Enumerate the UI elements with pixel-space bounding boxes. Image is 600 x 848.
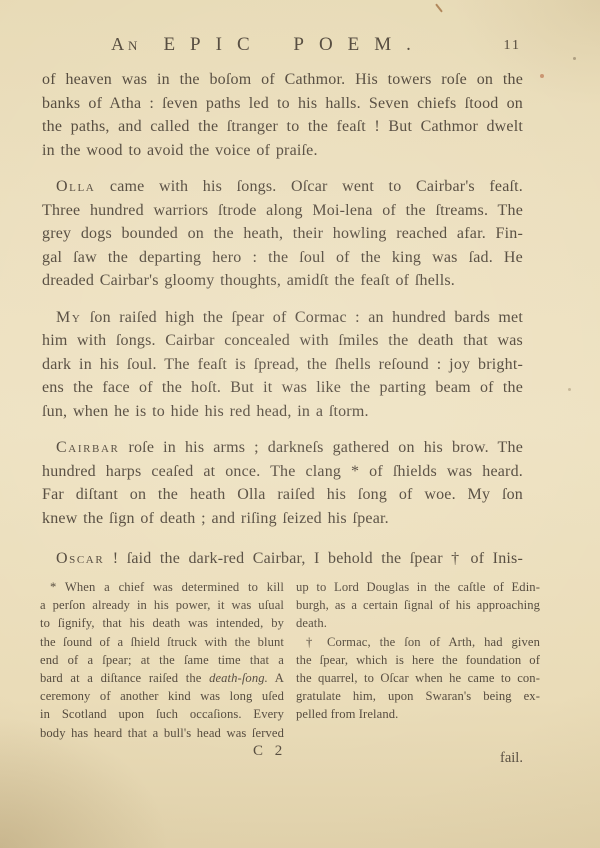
footnote-line-italic-term: death-ſong. bbox=[209, 671, 268, 685]
text-line: Olla came with his ſongs. Oſcar went to … bbox=[42, 175, 523, 199]
paragraph-cairbar: Cairbar roſe in his arms ; darkneſs gath… bbox=[42, 436, 523, 530]
text-line-rest: ſon raiſed high the ſpear of Cormac : an… bbox=[90, 309, 523, 326]
paper-speck bbox=[568, 388, 571, 391]
paragraph-olla: Olla came with his ſongs. Oſcar went to … bbox=[42, 175, 523, 293]
text-line-rest: ! ſaid the dark-red Cairbar, I behold th… bbox=[113, 550, 523, 567]
footnote-column-right: up to Lord Douglas in the caſtle of Edin… bbox=[296, 578, 540, 742]
text-line: Three hundred warriors ſtrode along Moi-… bbox=[42, 199, 523, 223]
text-line: grey dogs bounded on the heath, their ho… bbox=[42, 222, 523, 246]
signature-mark: C 2 bbox=[253, 743, 282, 760]
footnote-line: burgh, as a certain ſignal of his approa… bbox=[296, 596, 540, 614]
footnote-line: to ſignify, that his death was intended,… bbox=[40, 614, 284, 632]
running-head-title-group: An EPIC POEM. bbox=[28, 34, 509, 56]
paragraph-my-son: My ſon raiſed high the ſpear of Cormac :… bbox=[42, 306, 523, 424]
text-line: Far diſtant on the heath Olla raiſed his… bbox=[42, 483, 523, 507]
footnote-line: † Cormac, the ſon of Arth, had given bbox=[296, 633, 540, 651]
page-title: EPIC POEM. bbox=[163, 34, 425, 55]
footnote-line: the quarrel, to Oſcar when he came to co… bbox=[296, 669, 540, 687]
page-number: 11 bbox=[504, 38, 521, 54]
text-line: the paths, and called the ſtranger to th… bbox=[42, 115, 523, 139]
text-line: gal ſaw the departing hero : the ſoul of… bbox=[42, 246, 523, 270]
text-line: of heaven was in the boſom of Cathmor. H… bbox=[42, 68, 523, 92]
text-line: knew the ſign of death ; and riſing ſeiz… bbox=[42, 507, 523, 531]
text-line: dark in his ſoul. The feaſt is ſpread, t… bbox=[42, 353, 523, 377]
text-line: hundred harps ceaſed at once. The clang … bbox=[42, 460, 523, 484]
paragraph-lead-word: My bbox=[56, 309, 81, 326]
paper-speck bbox=[540, 74, 544, 78]
footnote-line: pelled from Ireland. bbox=[296, 705, 540, 723]
running-head: An EPIC POEM. 11 bbox=[42, 34, 523, 58]
footnote-line: in Scotland upon ſuch occaſions. Every bbox=[40, 705, 284, 723]
footnote-line: a perſon already in his power, it was uſ… bbox=[40, 596, 284, 614]
paper-speck bbox=[573, 57, 576, 60]
text-line: him with ſongs. Cairbar concealed with ſ… bbox=[42, 329, 523, 353]
text-line-rest: roſe in his arms ; darkneſs gathered on … bbox=[128, 439, 523, 456]
footnote-line: death. bbox=[296, 614, 540, 632]
paragraph-lead-word: Cairbar bbox=[56, 439, 119, 456]
footnote-line-segment: bard at a diſtance raiſed the bbox=[40, 671, 201, 685]
footnote-line: gratulate him, upon Swaran's being ex- bbox=[296, 687, 540, 705]
text-line-rest: came with his ſongs. Oſcar went to Cairb… bbox=[110, 178, 523, 195]
footnote-line: body has heard that a bull's head was ſe… bbox=[40, 724, 284, 742]
text-line: My ſon raiſed high the ſpear of Cormac :… bbox=[42, 306, 523, 330]
footnote-line: the ſpear, which is here the foundation … bbox=[296, 651, 540, 669]
paragraph-lead-word: Olla bbox=[56, 178, 95, 195]
book-page-scan: An EPIC POEM. 11 of heaven was in the bo… bbox=[0, 0, 600, 848]
footnote-line: end of a ſpear; at the ſame time that a bbox=[40, 651, 284, 669]
footnote-line-segment: A bbox=[275, 671, 284, 685]
text-line: Oscar ! ſaid the dark-red Cairbar, I beh… bbox=[42, 547, 523, 571]
text-line: ens the face of the hoſt. But it was lik… bbox=[42, 376, 523, 400]
footnote-line: up to Lord Douglas in the caſtle of Edin… bbox=[296, 578, 540, 596]
catchword: fail. bbox=[500, 750, 523, 767]
text-line: Cairbar roſe in his arms ; darkneſs gath… bbox=[42, 436, 523, 460]
text-line: banks of Atha : ſeven paths led to his h… bbox=[42, 92, 523, 116]
footnotes: * When a chief was determined to kill a … bbox=[40, 578, 540, 742]
footnote-line: the ſound of a ſhield ſtruck with the bl… bbox=[40, 633, 284, 651]
text-line: dreaded Cairbar's gloomy thoughts, amidſ… bbox=[42, 269, 523, 293]
footnote-line: * When a chief was determined to kill bbox=[40, 578, 284, 596]
paragraph-lead-word: Oscar bbox=[56, 550, 104, 567]
pen-mark-artifact bbox=[435, 3, 443, 12]
running-head-an: An bbox=[111, 34, 141, 54]
text-line: ſun, when he is to hide his red head, in… bbox=[42, 400, 523, 424]
paragraph-oscar: Oscar ! ſaid the dark-red Cairbar, I beh… bbox=[42, 547, 523, 571]
footnote-line: bard at a diſtance raiſed the death-ſong… bbox=[40, 669, 284, 687]
body-text: of heaven was in the boſom of Cathmor. H… bbox=[42, 68, 523, 571]
text-line: in the wood to avoid the voice of praiſe… bbox=[42, 139, 523, 163]
footnote-line: ceremony of another kind was long uſed bbox=[40, 687, 284, 705]
footnote-column-left: * When a chief was determined to kill a … bbox=[40, 578, 284, 742]
paragraph-cathmor: of heaven was in the boſom of Cathmor. H… bbox=[42, 68, 523, 162]
